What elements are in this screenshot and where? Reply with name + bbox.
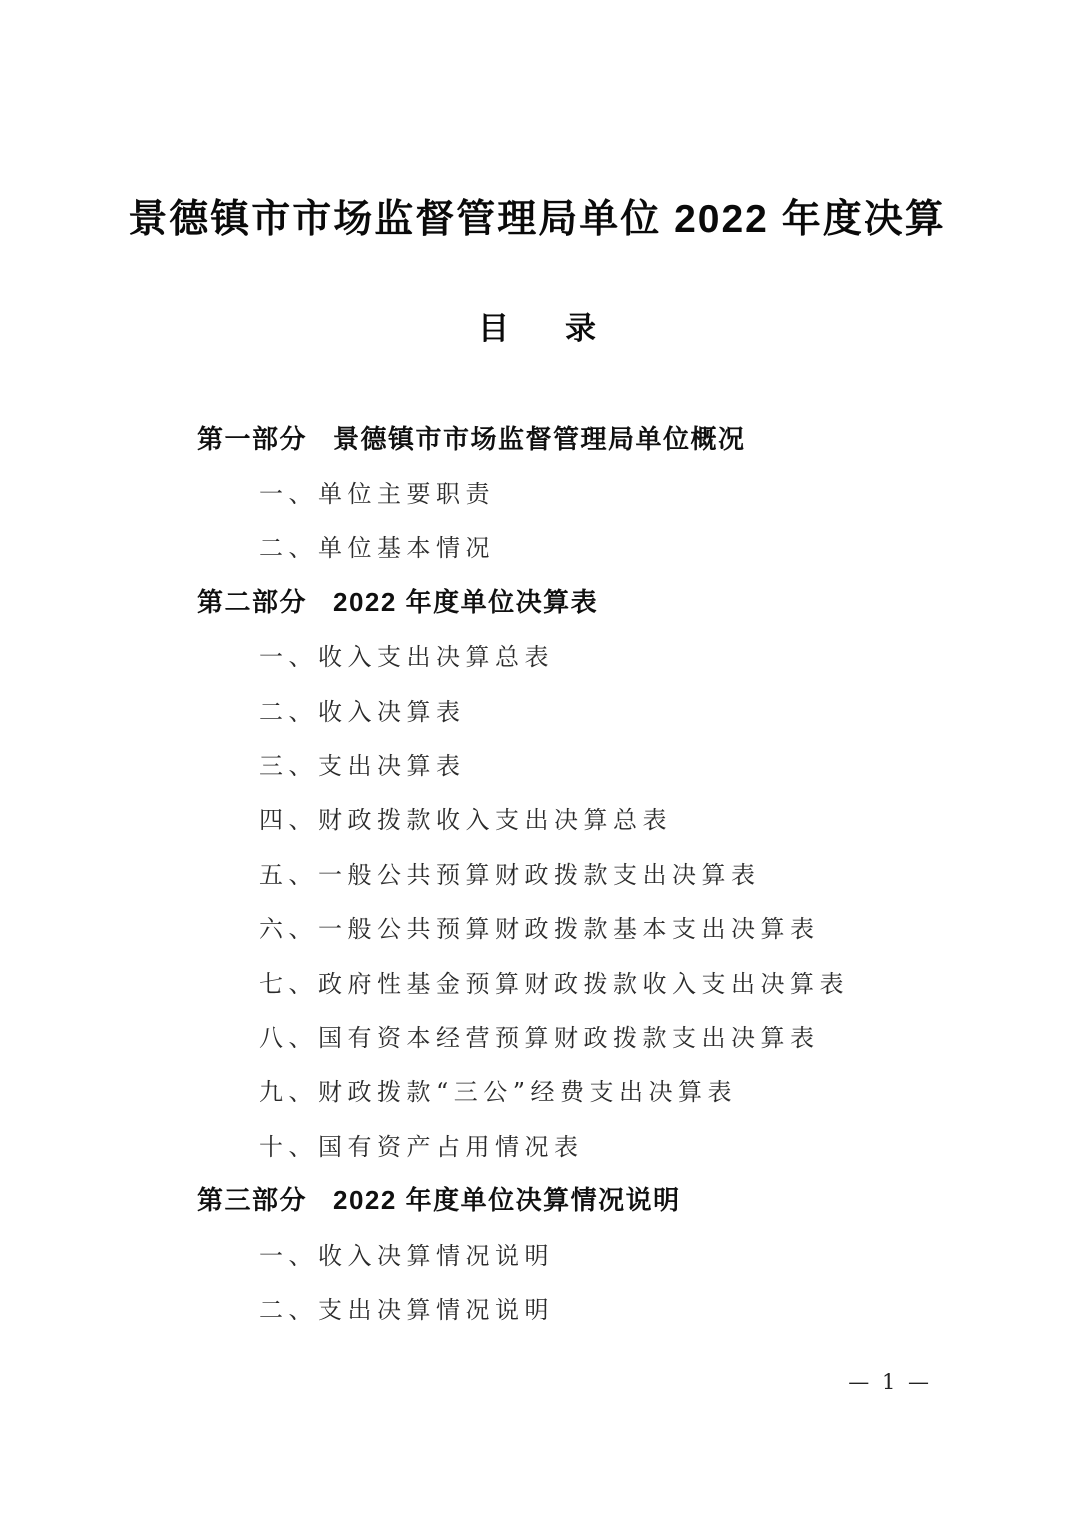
toc-item: 七、政府性基金预算财政拨款收入支出决算表 — [0, 954, 1074, 1008]
toc-item: 六、一般公共预算财政拨款基本支出决算表 — [0, 900, 1074, 954]
table-of-contents: 第一部分景德镇市市场监督管理局单位概况一、单位主要职责二、单位基本情况第二部分2… — [0, 410, 1074, 1335]
toc-item: 十、国有资产占用情况表 — [0, 1117, 1074, 1171]
toc-item: 九、财政拨款“三公”经费支出决算表 — [0, 1063, 1074, 1117]
toc-item: 五、一般公共预算财政拨款支出决算表 — [0, 845, 1074, 899]
toc-section-title: 2022 年度单位决算表 — [333, 582, 598, 619]
page-number: — 1 — — [848, 1370, 932, 1394]
toc-item: 二、收入决算表 — [0, 682, 1074, 736]
toc-section-title: 景德镇市市场监督管理局单位概况 — [333, 419, 746, 456]
toc-item: 一、收入支出决算总表 — [0, 628, 1074, 682]
toc-heading-char-second: 录 — [565, 311, 596, 346]
toc-item: 四、财政拨款收入支出决算总表 — [0, 791, 1074, 845]
toc-section-title: 2022 年度单位决算情况说明 — [333, 1180, 681, 1217]
toc-section-label: 第三部分 — [197, 1180, 307, 1217]
document-page: 景德镇市市场监督管理局单位 2022 年度决算 目录 第一部分景德镇市市场监督管… — [0, 0, 1074, 1520]
toc-section-label: 第二部分 — [197, 582, 307, 619]
document-title: 景德镇市市场监督管理局单位 2022 年度决算 — [0, 188, 1074, 244]
toc-item: 二、单位基本情况 — [0, 519, 1074, 573]
toc-heading: 目录 — [0, 303, 1074, 348]
toc-section-label: 第一部分 — [197, 419, 307, 456]
toc-item: 一、收入决算情况说明 — [0, 1226, 1074, 1280]
toc-section-heading: 第二部分2022 年度单位决算表 — [0, 573, 1074, 627]
toc-item: 二、支出决算情况说明 — [0, 1280, 1074, 1334]
toc-section-heading: 第一部分景德镇市市场监督管理局单位概况 — [0, 410, 1074, 464]
toc-section-heading: 第三部分2022 年度单位决算情况说明 — [0, 1171, 1074, 1225]
toc-item: 一、单位主要职责 — [0, 464, 1074, 518]
toc-heading-char-first: 目 — [478, 311, 509, 346]
toc-item: 三、支出决算表 — [0, 736, 1074, 790]
toc-item: 八、国有资本经营预算财政拨款支出决算表 — [0, 1008, 1074, 1062]
